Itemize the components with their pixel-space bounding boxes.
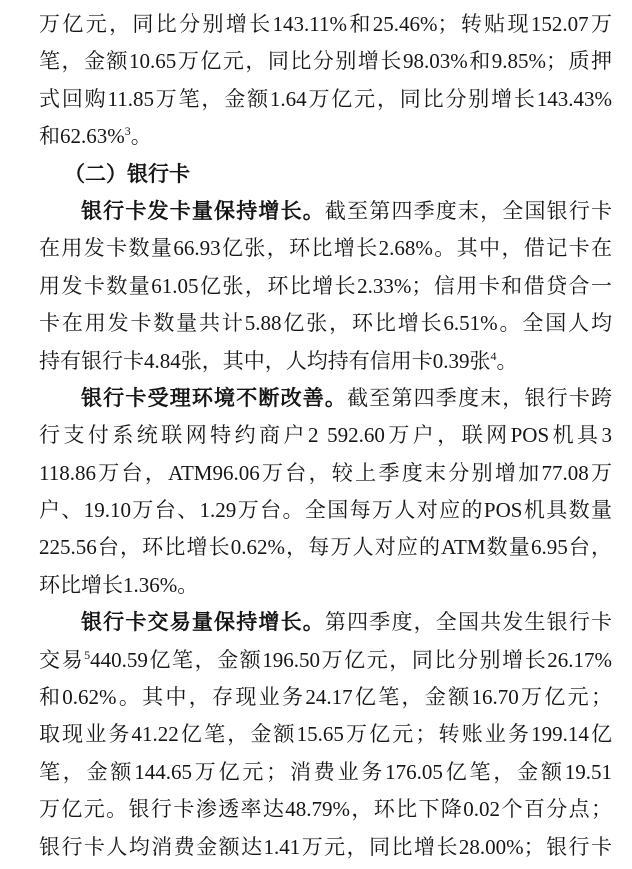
text-line: 银行卡人均消费金额达1.41万元，同比增长28.00%；银行卡	[39, 829, 612, 866]
text-line: 用发卡数量61.05亿张，环比增长2.33%；信用卡和借贷合一	[39, 268, 612, 305]
text-line: 银行卡受理环境不断改善。截至第四季度末，银行卡跨	[39, 380, 612, 417]
document-page: 万亿元，同比分别增长143.11%和25.46%；转贴现152.07万 笔，金额…	[0, 0, 632, 869]
text-segment: 持有银行卡4.84张，其中，人均持有信用卡0.39张	[39, 349, 491, 373]
text-segment: 交易	[39, 648, 84, 672]
text-segment: 截至第四季度末，银行卡跨	[347, 386, 612, 410]
text-line: 银行卡交易量保持增长。第四季度，全国共发生银行卡	[39, 604, 612, 641]
text-line: 225.56台，环比增长0.62%，每万人对应的ATM数量6.95台，	[39, 529, 612, 566]
text-line: 笔，金额144.65万亿元；消费业务176.05亿笔，金额19.51	[39, 754, 612, 791]
text-line: 笔，金额10.65万亿元，同比分别增长98.03%和9.85%；质押	[39, 43, 612, 80]
paragraph-lead: 银行卡交易量保持增长。	[81, 610, 325, 634]
text-segment: 和62.63%	[39, 124, 125, 148]
text-line: 万亿元。银行卡渗透率达48.79%，环比下降0.02个百分点；	[39, 791, 612, 828]
text-line: 行支付系统联网特约商户2 592.60万户，联网POS机具3	[39, 417, 612, 454]
text-line: 卡在用发卡数量共计5.88亿张，环比增长6.51%。全国人均	[39, 305, 612, 342]
text-line: 银行卡发卡量保持增长。截至第四季度末，全国银行卡	[39, 193, 612, 230]
text-line: 和62.63%3。	[39, 118, 612, 155]
paragraph-lead: 银行卡受理环境不断改善。	[81, 386, 347, 410]
text-line: 万亿元，同比分别增长143.11%和25.46%；转贴现152.07万	[39, 6, 612, 43]
text-line: 取现业务41.22亿笔，金额15.65万亿元；转账业务199.14亿	[39, 716, 612, 753]
document-text-block: 万亿元，同比分别增长143.11%和25.46%；转贴现152.07万 笔，金额…	[39, 6, 612, 866]
text-segment: 440.59亿笔，金额196.50万亿元，同比分别增长26.17%	[90, 648, 612, 672]
text-line: 在用发卡数量66.93亿张，环比增长2.68%。其中，借记卡在	[39, 230, 612, 267]
text-segment: 。	[497, 349, 518, 373]
text-segment: 截至第四季度末，全国银行卡	[325, 199, 612, 223]
text-line: 户、19.10万台、1.29万台。全国每万人对应的POS机具数量	[39, 492, 612, 529]
text-line: 交易5440.59亿笔，金额196.50万亿元，同比分别增长26.17%	[39, 642, 612, 679]
text-line: 和0.62%。其中，存现业务24.17亿笔，金额16.70万亿元；	[39, 679, 612, 716]
text-segment: 第四季度，全国共发生银行卡	[325, 610, 612, 634]
text-line: 环比增长1.36%。	[39, 567, 612, 604]
section-heading: （二）银行卡	[39, 156, 612, 193]
paragraph-lead: 银行卡发卡量保持增长。	[81, 199, 325, 223]
text-line: 持有银行卡4.84张，其中，人均持有信用卡0.39张4。	[39, 343, 612, 380]
text-line: 式回购11.85万笔，金额1.64万亿元，同比分别增长143.43%	[39, 81, 612, 118]
text-line: 118.86万台，ATM96.06万台，较上季度末分别增加77.08万	[39, 455, 612, 492]
text-segment: 。	[131, 124, 152, 148]
